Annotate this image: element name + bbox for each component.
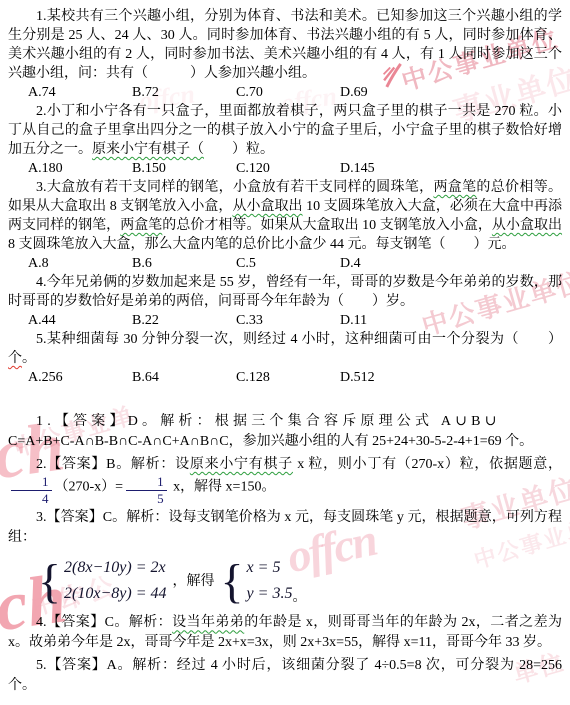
text-run: 4.今年兄弟俩的岁数加起来是 55 岁，曾经有一年，哥哥的岁数是今年弟弟的岁数，… bbox=[8, 275, 562, 309]
equation-top: 2(8x−10y) = 2x bbox=[64, 555, 166, 581]
spellcheck-flagged-text: 原来小宁有棋子（ bbox=[92, 142, 204, 157]
option-d: D.145 bbox=[340, 159, 375, 178]
answer-1-line-1: 1.【答案】D。解析：根据三个集合容斥原理公式 A∪B∪ bbox=[8, 412, 562, 432]
option-b: B.150 bbox=[132, 159, 236, 178]
question-3: 3.大盒放有若干支同样的钢笔，小盒放有若干支同样的圆珠笔，两盒笔的总价相等。如果… bbox=[8, 178, 562, 273]
option-b: B.64 bbox=[132, 368, 236, 387]
answer-2-text: 2.【答案】B。解析：设原来小宁有棋子 x 粒，则小丁有（270-x）粒，依据题… bbox=[8, 455, 562, 505]
question-1: 1.某校共有三个兴趣小组，分别为体育、书法和美术。已知参加这三个兴趣小组的学生分… bbox=[8, 7, 562, 102]
text-run: x 粒，则小丁有（270-x）粒，依据题意， bbox=[293, 457, 562, 472]
solve-label: ，解得 bbox=[173, 572, 215, 591]
option-b: B.22 bbox=[132, 311, 236, 330]
answer-5: 5.【答案】A。解析：经过 4 小时后，该细菌分裂了 4÷0.5=8 次，可分裂… bbox=[8, 656, 562, 696]
answers-section: 1.【答案】D。解析：根据三个集合容斥原理公式 A∪B∪ C=A+B+C-A∩B… bbox=[8, 412, 562, 696]
option-b: B.6 bbox=[132, 254, 236, 273]
option-c: C.5 bbox=[236, 254, 340, 273]
options-row: A.8 B.6 C.5 D.4 bbox=[8, 254, 562, 273]
options-row: A.180 B.150 C.120 D.145 bbox=[8, 159, 562, 178]
solution-bottom: y = 3.5 bbox=[247, 581, 293, 607]
document-content: 1.某校共有三个兴趣小组，分别为体育、书法和美术。已知参加这三个兴趣小组的学生分… bbox=[0, 0, 570, 696]
question-stem: 2.小丁和小宁各有一只盒子，里面都放着棋子，两只盒子里的棋子一共是 270 粒。… bbox=[8, 102, 562, 159]
equation-system: { 2(8x−10y) = 2x 2(10x−8y) = 44 ，解得 { x … bbox=[38, 555, 562, 607]
option-d: D.512 bbox=[340, 368, 375, 387]
equation-bottom: 2(10x−8y) = 44 bbox=[64, 581, 166, 607]
spellcheck-flagged-text: 从小盒取出 bbox=[232, 199, 302, 214]
option-a: A.44 bbox=[28, 311, 132, 330]
question-2: 2.小丁和小宁各有一只盒子，里面都放着棋子，两只盒子里的棋子一共是 270 粒。… bbox=[8, 102, 562, 178]
options-row: A.44 B.22 C.33 D.11 bbox=[8, 311, 562, 330]
text-run: ）粒。 bbox=[204, 142, 274, 157]
spellcheck-flagged-text: 设当年弟弟 bbox=[172, 615, 244, 630]
text-run: 3.大盒放有若干支同样的钢笔，小盒放有若干支同样的圆珠笔， bbox=[36, 180, 433, 195]
text-run: 2.【答案】B。解析：设 bbox=[36, 457, 190, 472]
answer-1-line-2: C=A+B+C-A∩B-B∩C-A∩C+A∩B∩C，参加兴趣小组的人有 25+2… bbox=[8, 432, 562, 452]
answer-3: 3.【答案】C。解析：设每支钢笔价格为 x 元，每支圆珠笔 y 元，根据题意，可… bbox=[8, 508, 562, 607]
text-run: x，解得 x=150。 bbox=[170, 479, 276, 494]
options-row: A.74 B.72 C.70 D.69 bbox=[8, 83, 562, 102]
option-d: D.11 bbox=[340, 311, 367, 330]
option-a: A.8 bbox=[28, 254, 132, 273]
answer-4: 4.【答案】C。解析：设当年弟弟的年龄是 x，则哥哥当年的年龄为 2x，二者之差… bbox=[8, 613, 562, 653]
option-c: C.120 bbox=[236, 159, 340, 178]
answer-1: 1.【答案】D。解析：根据三个集合容斥原理公式 A∪B∪ C=A+B+C-A∩B… bbox=[8, 412, 562, 452]
option-c: C.70 bbox=[236, 83, 340, 102]
question-4: 4.今年兄弟俩的岁数加起来是 55 岁，曾经有一年，哥哥的岁数是今年弟弟的岁数，… bbox=[8, 273, 562, 330]
question-stem: 5.某种细菌每 30 分钟分裂一次，则经过 4 小时，这种细菌可由一个分裂为（ … bbox=[8, 330, 562, 368]
option-b: B.72 bbox=[132, 83, 236, 102]
text-run: 5.某种细菌每 30 分钟分裂一次，则经过 4 小时，这种细菌可由一个分裂为（ … bbox=[36, 332, 562, 347]
option-a: A.180 bbox=[28, 159, 132, 178]
answer-3-intro: 3.【答案】C。解析：设每支钢笔价格为 x 元，每支圆珠笔 y 元，根据题意，可… bbox=[8, 508, 562, 548]
fraction: 14 bbox=[11, 475, 52, 505]
spellcheck-flagged-text: 两盒笔 bbox=[433, 180, 476, 195]
text-run: 1.某校共有三个兴趣小组，分别为体育、书法和美术。已知参加这三个兴趣小组的学生分… bbox=[8, 9, 562, 81]
option-a: A.74 bbox=[28, 83, 132, 102]
spellcheck-flagged-text: 两盒笔 bbox=[120, 218, 162, 233]
text-run: 8 支圆珠笔放入大盒，那么大盒内笔的总价比小盒少 44 元。每支钢笔（ ）元。 bbox=[8, 237, 516, 252]
answer-2: 2.【答案】B。解析：设原来小宁有棋子 x 粒，则小丁有（270-x）粒，依据题… bbox=[8, 455, 562, 505]
spellcheck-flagged-text: 个 bbox=[8, 351, 22, 366]
text-run: 的总价才相等。如果从大盒取出 10 支钢笔放入小盒， bbox=[162, 218, 492, 233]
option-c: C.33 bbox=[236, 311, 340, 330]
options-row: A.256 B.64 C.128 D.512 bbox=[8, 368, 562, 387]
text-run: 。 bbox=[22, 351, 36, 366]
option-d: D.69 bbox=[340, 83, 368, 102]
solution-column: x = 5 y = 3.5 bbox=[247, 555, 293, 607]
question-stem: 3.大盒放有若干支同样的钢笔，小盒放有若干支同样的圆珠笔，两盒笔的总价相等。如果… bbox=[8, 178, 562, 254]
option-a: A.256 bbox=[28, 368, 132, 387]
spellcheck-flagged-text: 从小盒取出 bbox=[492, 218, 562, 233]
answer-4-text: 4.【答案】C。解析：设当年弟弟的年龄是 x，则哥哥当年的年龄为 2x，二者之差… bbox=[8, 613, 562, 653]
text-run: （270-x）= bbox=[55, 479, 124, 494]
period: 。 bbox=[292, 588, 306, 607]
solution-top: x = 5 bbox=[247, 555, 293, 581]
left-brace: { bbox=[221, 560, 244, 603]
option-d: D.4 bbox=[340, 254, 361, 273]
question-stem: 1.某校共有三个兴趣小组，分别为体育、书法和美术。已知参加这三个兴趣小组的学生分… bbox=[8, 7, 562, 83]
question-5: 5.某种细菌每 30 分钟分裂一次，则经过 4 小时，这种细菌可由一个分裂为（ … bbox=[8, 330, 562, 387]
spellcheck-flagged-text: 原来小宁有棋子 bbox=[190, 457, 293, 472]
equation-column: 2(8x−10y) = 2x 2(10x−8y) = 44 bbox=[64, 555, 166, 607]
option-c: C.128 bbox=[236, 368, 340, 387]
answer-5-text: 5.【答案】A。解析：经过 4 小时后，该细菌分裂了 4÷0.5=8 次，可分裂… bbox=[8, 656, 562, 696]
question-stem: 4.今年兄弟俩的岁数加起来是 55 岁，曾经有一年，哥哥的岁数是今年弟弟的岁数，… bbox=[8, 273, 562, 311]
fraction: 15 bbox=[126, 475, 167, 505]
left-brace: { bbox=[38, 560, 61, 603]
document-page: 中公事业单位 事业单位 offcn offcn 中公事业单位 中公事业单 fch… bbox=[0, 0, 570, 705]
text-run: 4.【答案】C。解析： bbox=[36, 615, 172, 630]
